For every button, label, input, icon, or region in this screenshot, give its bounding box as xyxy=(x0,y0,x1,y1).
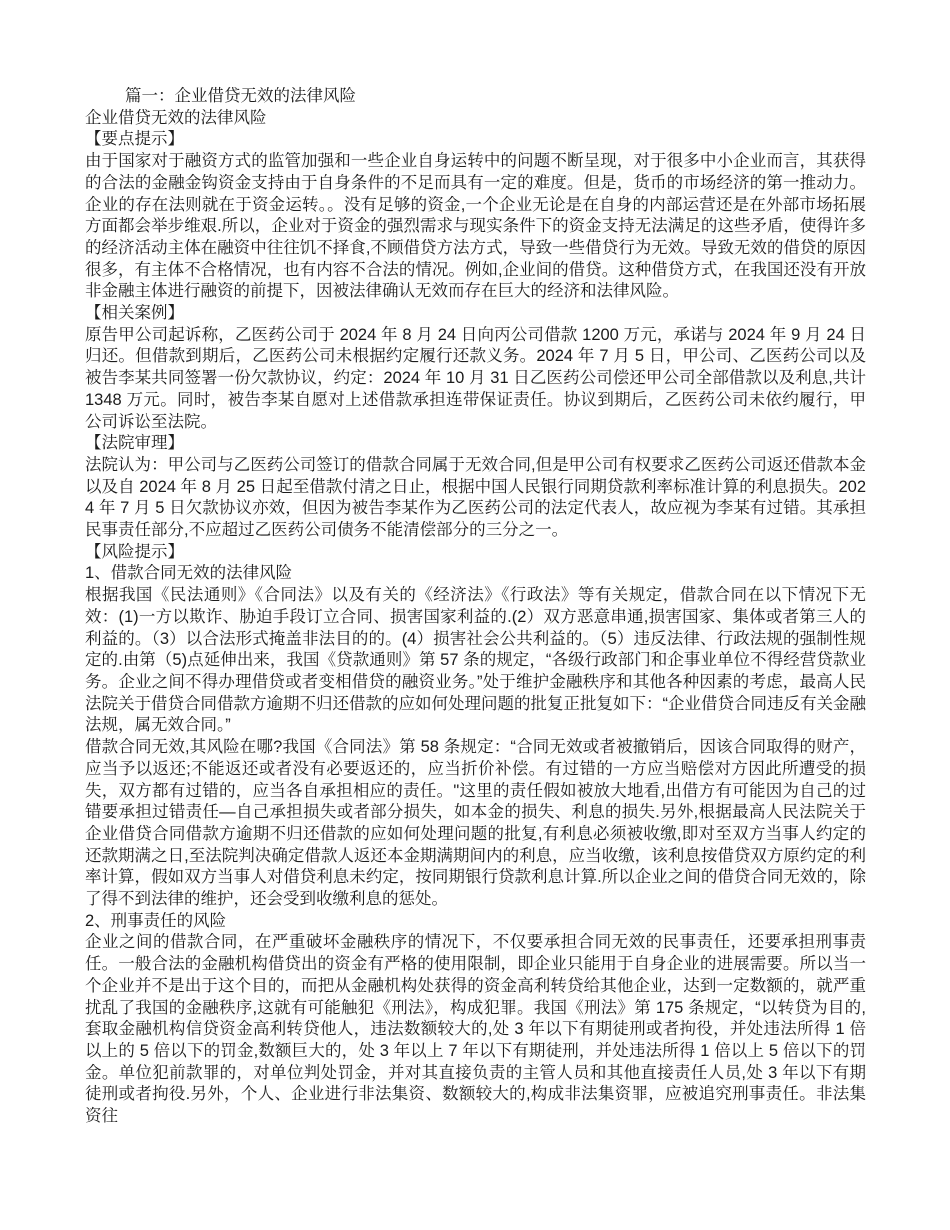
chapter-title: 篇一：企业借贷无效的法律风险 xyxy=(85,86,866,108)
risk-item-1-title: 1、借款合同无效的法律风险 xyxy=(85,563,866,585)
key-points-body: 由于国家对于融资方式的监管加强和一些企业自身运转中的问题不断呈现，对于很多中小企… xyxy=(85,151,866,303)
risk-item-2-body: 企业之间的借款合同，在严重破坏金融秩序的情况下，不仅要承担合同无效的民事责任，还… xyxy=(85,932,866,1127)
risk-item-2-title: 2、刑事责任的风险 xyxy=(85,911,866,933)
risk-item-1-body-2: 借款合同无效,其风险在哪?我国《合同法》第 58 条规定：“合同无效或者被撤销后… xyxy=(85,737,866,911)
related-case-body: 原告甲公司起诉称，乙医药公司于 2024 年 8 月 24 日向丙公司借款 12… xyxy=(85,325,866,434)
section-heading-related-case: 【相关案例】 xyxy=(85,303,866,325)
document-page: 篇一：企业借贷无效的法律风险 企业借贷无效的法律风险 【要点提示】 由于国家对于… xyxy=(0,0,950,1230)
doc-title: 企业借贷无效的法律风险 xyxy=(85,108,866,130)
risk-item-1-body-1: 根据我国《民法通则》《合同法》以及有关的《经济法》《行政法》等有关规定，借款合同… xyxy=(85,585,866,737)
section-heading-court-hearing: 【法院审理】 xyxy=(85,433,866,455)
section-heading-key-points: 【要点提示】 xyxy=(85,129,866,151)
section-heading-risk-notice: 【风险提示】 xyxy=(85,542,866,564)
court-hearing-body: 法院认为：甲公司与乙医药公司签订的借款合同属于无效合同,但是甲公司有权要求乙医药… xyxy=(85,455,866,542)
